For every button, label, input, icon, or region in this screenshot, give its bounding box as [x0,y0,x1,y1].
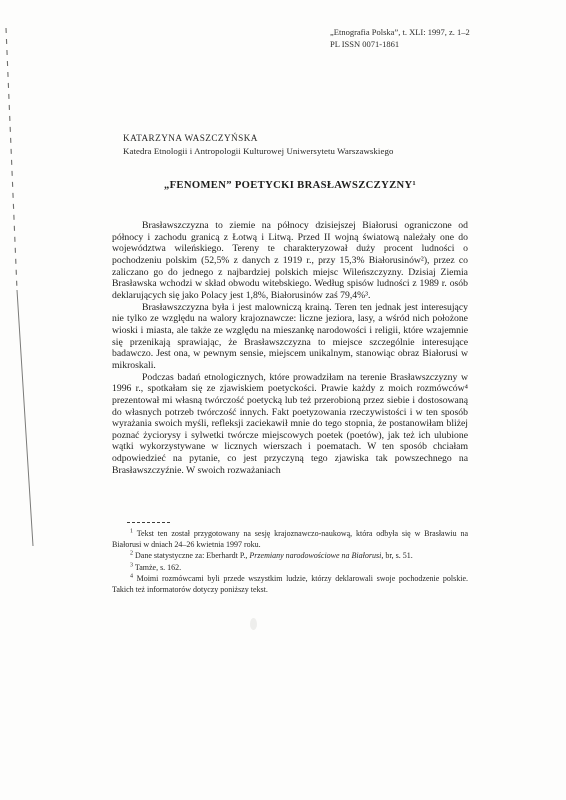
footnote-marker: 1 [130,528,133,534]
footnote-text: Dane statystyczne za: Eberhardt P., [135,551,249,560]
journal-header: „Etnografia Polska”, t. XLI: 1997, z. 1–… [330,26,470,50]
footnote-marker: 4 [130,573,133,579]
author-name: KATARZYNA WASZCZYŃSKA [123,132,393,145]
document-page: „Etnografia Polska”, t. XLI: 1997, z. 1–… [0,0,566,800]
footnote-text: Moimi rozmówcami byli przede wszystkim l… [112,574,468,594]
article-body: Brasławszczyzna to ziemie na północy dzi… [112,220,468,476]
footnote-book-title: Przemiany narodowościowe na Białorusi [249,551,381,560]
body-paragraph: Podczas badań etnologicznych, które prow… [112,372,468,477]
footnote-text: Tekst ten został przygotowany na sesję k… [112,529,468,549]
journal-citation: „Etnografia Polska”, t. XLI: 1997, z. 1–… [330,26,470,38]
body-paragraph: Brasławszczyzna była i jest malowniczą k… [112,302,468,372]
scan-smudge-artifact [250,618,257,630]
author-block: KATARZYNA WASZCZYŃSKA Katedra Etnologii … [123,132,393,157]
scan-fold-line-artifact [0,0,40,560]
footnote-marker: 3 [130,562,133,568]
footnote-text: , br, s. 51. [381,551,412,560]
footnote: 4 Moimi rozmówcami byli przede wszystkim… [112,573,468,595]
footnote: 1 Tekst ten został przygotowany na sesję… [112,528,468,550]
footnote: 2 Dane statystyczne za: Eberhardt P., Pr… [112,550,468,561]
body-paragraph: Brasławszczyzna to ziemie na północy dzi… [112,220,468,302]
footnote-marker: 2 [130,551,133,557]
article-title: „FENOMEN” POETYCKI BRASŁAWSZCZYZNY¹ [112,180,468,191]
footnote: 3 Tamże, s. 162. [112,562,468,573]
footnotes-block: 1 Tekst ten został przygotowany na sesję… [112,528,468,595]
author-affiliation: Katedra Etnologii i Antropologii Kulturo… [123,145,393,158]
journal-issn: PL ISSN 0071-1861 [330,38,470,50]
footnote-text: Tamże, s. 162. [135,563,181,572]
footnote-separator [127,522,170,523]
